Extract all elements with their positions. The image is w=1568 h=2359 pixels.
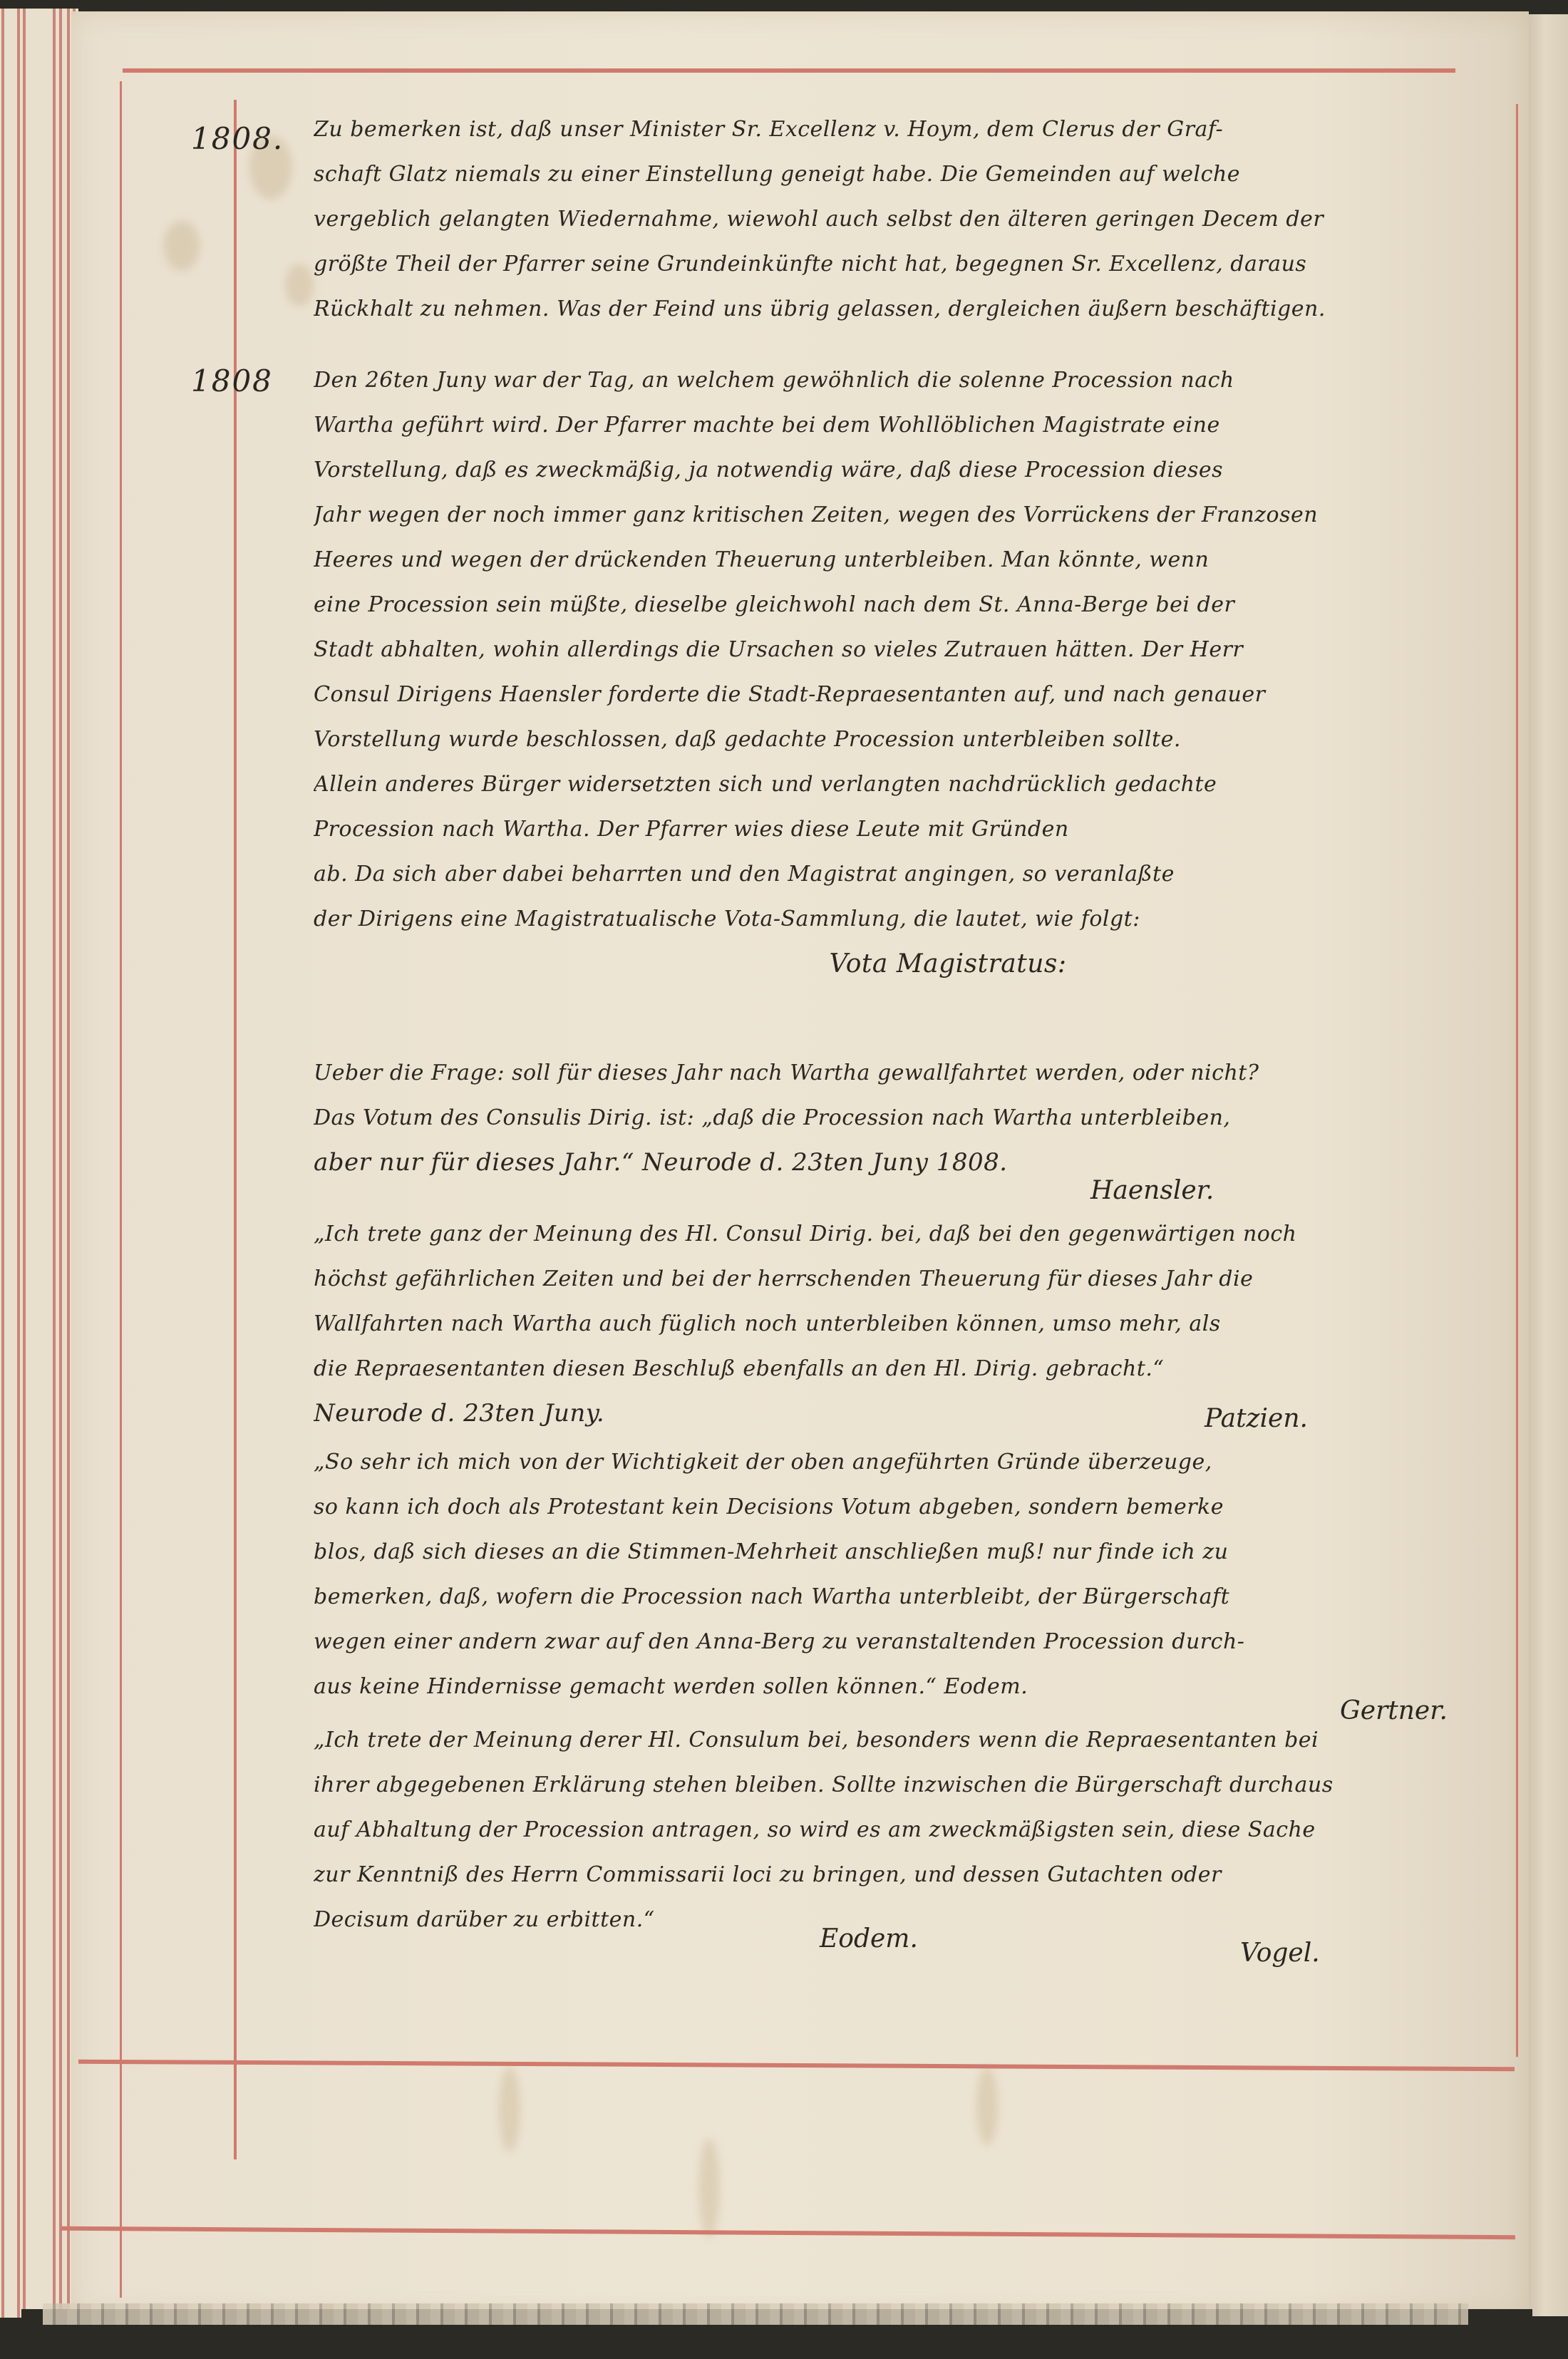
text-line: ihrer abgegebenen Erklärung stehen bleib… [314, 1762, 1497, 1807]
top-rule [123, 68, 1455, 73]
text-line: aus keine Hindernisse gemacht werden sol… [314, 1664, 1497, 1709]
votum-4: „Ich trete der Meinung derer Hl. Consulu… [314, 1718, 1497, 1942]
stack-rule [67, 9, 70, 2318]
vota-heading: Vota Magistratus: [314, 941, 1497, 986]
text-line: Vorstellung, daß es zweckmäßig, ja notwe… [314, 448, 1497, 492]
stack-rule [1, 9, 4, 2318]
text-line: größte Theil der Pfarrer seine Grundeink… [314, 242, 1497, 287]
text-line: Consul Dirigens Haensler forderte die St… [314, 672, 1497, 717]
margin-year: 1808. [191, 121, 284, 156]
text-line: Neurode d. 23ten Juny. [314, 1391, 1497, 1436]
margin-year: 1808 [191, 363, 273, 398]
torn-page-edges [43, 2303, 1468, 2325]
text-line: „Ich trete ganz der Meinung des Hl. Cons… [314, 1212, 1497, 1256]
text-line: „So sehr ich mich von der Wichtigkeit de… [314, 1440, 1497, 1485]
text-line: bemerken, daß, wofern die Procession nac… [314, 1574, 1497, 1619]
foxing-stain [164, 221, 200, 271]
text-line: so kann ich doch als Protestant kein Dec… [314, 1485, 1497, 1529]
year-column-rule [234, 100, 237, 2159]
text-line: Ueber die Frage: soll für dieses Jahr na… [314, 1051, 1497, 1095]
text-line: Heeres und wegen der drückenden Theuerun… [314, 537, 1497, 582]
text-line: Procession nach Wartha. Der Pfarrer wies… [314, 807, 1497, 852]
text-line: auf Abhaltung der Procession antragen, s… [314, 1807, 1497, 1852]
text-line: wegen einer andern zwar auf den Anna-Ber… [314, 1619, 1497, 1664]
stack-rule [17, 9, 20, 2318]
signature-patzien: Patzien. [1205, 1404, 1308, 1433]
foxing-stain [499, 2067, 520, 2152]
text-line: Wartha geführt wird. Der Pfarrer machte … [314, 403, 1497, 448]
paragraph-2: Den 26ten Juny war der Tag, an welchem g… [314, 358, 1497, 986]
votum-3: „So sehr ich mich von der Wichtigkeit de… [314, 1440, 1497, 1709]
text-line: Vorstellung wurde beschlossen, daß gedac… [314, 717, 1497, 762]
text-line: Zu bemerken ist, daß unser Minister Sr. … [314, 107, 1497, 152]
stack-rule [59, 9, 62, 2318]
text-line: blos, daß sich dieses an die Stimmen-Meh… [314, 1529, 1497, 1574]
text-line: zur Kenntniß des Herrn Commissarii loci … [314, 1852, 1497, 1897]
signature-vogel: Vogel. [1240, 1939, 1320, 1968]
votum-2: „Ich trete ganz der Meinung des Hl. Cons… [314, 1212, 1497, 1436]
text-line: Jahr wegen der noch immer ganz kritische… [314, 492, 1497, 537]
stack-rule [23, 9, 26, 2318]
right-margin-rule [1516, 104, 1518, 2057]
text-line: eine Procession sein müßte, dieselbe gle… [314, 582, 1497, 627]
text-line: Das Votum des Consulis Dirig. ist: „daß … [314, 1095, 1497, 1140]
foxing-stain [976, 2067, 998, 2145]
text-line: „Ich trete der Meinung derer Hl. Consulu… [314, 1718, 1497, 1762]
stack-rule [53, 9, 56, 2318]
text-line: schaft Glatz niemals zu einer Einstellun… [314, 152, 1497, 197]
foxing-stain [285, 264, 314, 306]
text-line: vergeblich gelangten Wiedernahme, wiewoh… [314, 197, 1497, 242]
foxing-stain [698, 2138, 720, 2238]
eodem-note: Eodem. [820, 1924, 918, 1953]
signature-haensler: Haensler. [1090, 1176, 1214, 1205]
text-line: ab. Da sich aber dabei beharrten und den… [314, 852, 1497, 897]
page-stack-edges [0, 9, 78, 2318]
votum-1: Ueber die Frage: soll für dieses Jahr na… [314, 1051, 1497, 1185]
book-gutter [1529, 14, 1568, 2316]
text-line: aber nur für dieses Jahr.“ Neurode d. 23… [314, 1140, 1497, 1185]
text-line: Rückhalt zu nehmen. Was der Feind uns üb… [314, 287, 1497, 331]
left-margin-rule [120, 81, 122, 2298]
paragraph-1: Zu bemerken ist, daß unser Minister Sr. … [314, 107, 1497, 331]
text-line: höchst gefährlichen Zeiten und bei der h… [314, 1256, 1497, 1301]
text-line: der Dirigens eine Magistratualische Vota… [314, 897, 1497, 941]
text-line: Wallfahrten nach Wartha auch füglich noc… [314, 1301, 1497, 1346]
text-line: Den 26ten Juny war der Tag, an welchem g… [314, 358, 1497, 403]
text-line: Allein anderes Bürger widersetzten sich … [314, 762, 1497, 807]
text-line: Stadt abhalten, wohin allerdings die Urs… [314, 627, 1497, 672]
text-line: die Repraesentanten diesen Beschluß eben… [314, 1346, 1497, 1391]
